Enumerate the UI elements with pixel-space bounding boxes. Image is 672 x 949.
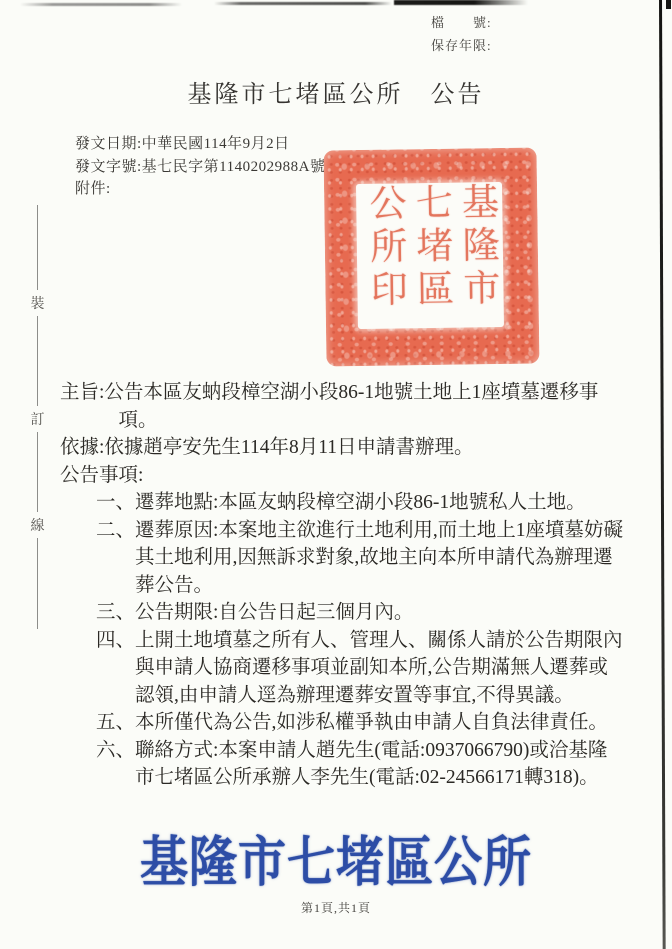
scan-smudge-top-middle [214,2,392,5]
item-1-text: 遷葬地點:本區友蚋段樟空湖小段86-1地號私人土地。 [135,492,586,513]
binding-char-zhuang: 裝 [29,290,46,316]
office-blue-stamp: 基隆市七堵區公所 [0,819,672,896]
item-5-number: 五、 [96,712,135,733]
doc-number: 發文字號:基七民字第1140202988A號 [75,156,325,179]
seal-inner-face: 基隆市七堵區公所印 [356,182,504,329]
announcement-body: 主旨:公告本區友蚋段樟空湖小段86-1地號土地上1座墳墓遷移事項。 依據:依據趙… [60,379,626,792]
item-3: 三、公告期限:自公告日起三個月內。 [96,599,626,627]
basis-paragraph: 依據:依據趙亭安先生114年8月11日申請書辦理。 [60,434,626,462]
retention-period-label: 保存年限: [431,34,492,57]
item-6: 六、聯絡方式:本案申請人趙先生(電話:0937066790)或洽基隆市七堵區公所… [96,737,626,792]
scan-smudge-top-right [394,0,528,5]
scan-line-right-edge [659,0,665,949]
item-2: 二、遷葬原因:本案地主欲進行土地利用,而土地上1座墳墓妨礙其土地利用,因無訴求對… [96,517,626,600]
official-red-seal: 基隆市七堵區公所印 [324,148,540,367]
item-2-number: 二、 [96,520,135,541]
binding-char-xian: 線 [29,512,46,538]
issue-date: 發文日期:中華民國114年9月2日 [75,133,325,156]
issuance-meta: 發文日期:中華民國114年9月2日 發文字號:基七民字第1140202988A號… [75,133,325,201]
item-5: 五、本所僅代為公告,如涉私權爭執由申請人自負法律責任。 [96,709,626,737]
item-1-number: 一、 [96,492,135,513]
item-3-text: 公告期限:自公告日起三個月內。 [135,602,413,623]
archival-labels: 檔 號: 保存年限: [431,11,492,57]
page-title: 基隆市七堵區公所 公告 [0,74,672,109]
item-1: 一、遷葬地點:本區友蚋段樟空湖小段86-1地號私人土地。 [96,489,626,517]
item-5-text: 本所僅代為公告,如涉私權爭執由申請人自負法律責任。 [135,712,608,733]
subject-paragraph: 主旨:公告本區友蚋段樟空湖小段86-1地號土地上1座墳墓遷移事項。 [60,379,626,434]
file-number-label: 檔 號: [431,11,492,34]
item-3-number: 三、 [96,602,135,623]
seal-script-text: 基隆市七堵區公所印 [360,182,501,329]
scan-smudge-top-left [20,3,182,6]
scanned-announcement-page: 檔 號: 保存年限: 基隆市七堵區公所 公告 發文日期:中華民國114年9月2日… [0,0,672,949]
item-6-text: 聯絡方式:本案申請人趙先生(電話:0937066790)或洽基隆市七堵區公所承辦… [135,740,607,789]
page-number: 第1頁,共1頁 [0,899,672,916]
item-4: 四、上開土地墳墓之所有人、管理人、關係人請於公告期限內與申請人協商遷移事項並副知… [96,627,626,710]
item-4-text: 上開土地墳墓之所有人、管理人、關係人請於公告期限內與申請人協商遷移事項並副知本所… [135,630,623,706]
item-4-number: 四、 [96,630,135,651]
scan-mark-top-corner [666,0,671,9]
item-6-number: 六、 [96,740,135,761]
announcement-items: 一、遷葬地點:本區友蚋段樟空湖小段86-1地號私人土地。 二、遷葬原因:本案地主… [96,489,626,792]
binding-char-ding: 訂 [29,406,46,432]
item-2-text: 遷葬原因:本案地主欲進行土地利用,而土地上1座墳墓妨礙其土地利用,因無訴求對象,… [135,520,623,596]
items-heading: 公告事項: [60,462,626,490]
attachment-label: 附件: [75,178,325,201]
